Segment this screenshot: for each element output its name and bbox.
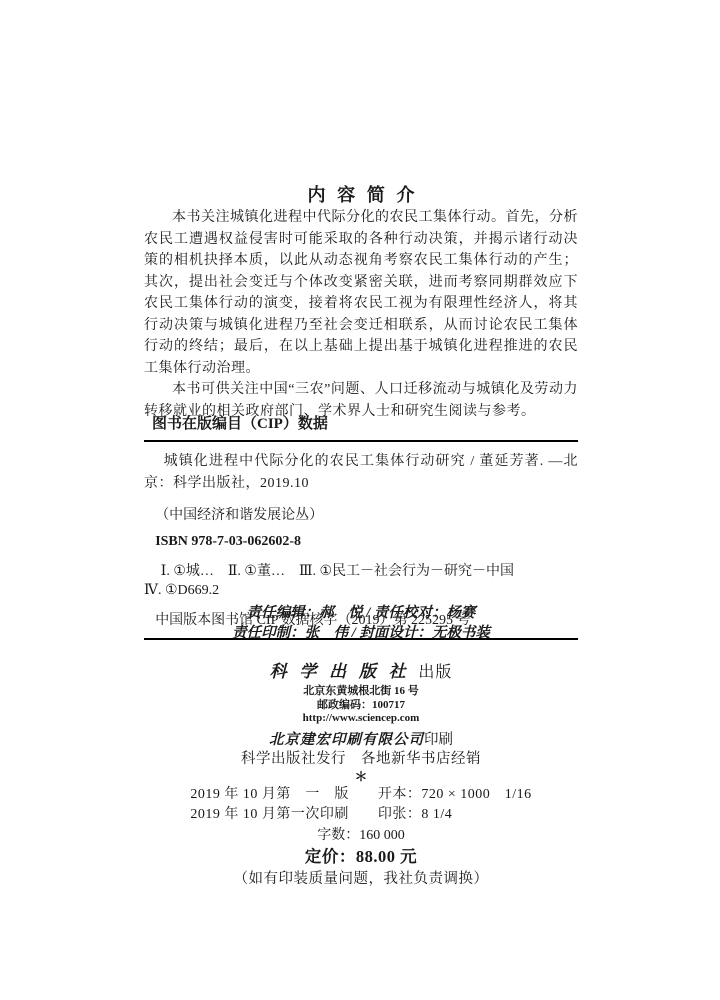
printing-line: 2019 年 10 月第一次印刷 印张：8 1/4 — [190, 805, 531, 826]
cip-series: （中国经济和谐发展论丛） — [144, 504, 578, 524]
abstract-block: 本书关注城镇化进程中代际分化的农民工集体行动。首先，分析农民工遭遇权益侵害时可能… — [144, 207, 578, 422]
staff-credits: 责任编辑：郝 悦 / 责任校对：杨赛 责任印制：张 伟 / 封面设计：无极书装 — [144, 603, 578, 643]
print-label: 印刷 — [424, 732, 453, 748]
asterisk-separator: ＊ — [144, 769, 578, 785]
printer-name: 北京建宏印刷有限公司 — [269, 732, 424, 748]
section-title: 内容简介 — [144, 181, 578, 207]
cip-classification-line1: Ⅰ. ①城… Ⅱ. ①董… Ⅲ. ①民工－社会行为－研究－中国 — [144, 560, 578, 580]
distribution-line: 科学出版社发行 各地新华书店经销 — [144, 750, 578, 769]
copyright-page: 内容简介 本书关注城镇化进程中代际分化的农民工集体行动。首先，分析农民工遭遇权益… — [0, 0, 720, 1000]
colophon-block: 科学出版社出版 北京东黄城根北街 16 号 邮政编码：100717 http:/… — [144, 659, 578, 891]
abstract-paragraph-1: 本书关注城镇化进程中代际分化的农民工集体行动。首先，分析农民工遭遇权益侵害时可能… — [144, 207, 578, 379]
publisher-website: http://www.sciencep.com — [144, 712, 578, 726]
edition-info: 2019 年 10 月第 一 版 开本：720 × 1000 1/16 2019… — [190, 785, 531, 826]
cip-classification-line2: Ⅳ. ①D669.2 — [144, 582, 578, 599]
publisher-line: 科学出版社出版 — [144, 659, 578, 685]
cip-top-rule — [144, 440, 578, 442]
publisher-name: 科学出版社 — [270, 662, 419, 681]
printer-line: 北京建宏印刷有限公司印刷 — [144, 730, 578, 750]
edition-line: 2019 年 10 月第 一 版 开本：720 × 1000 1/16 — [190, 785, 531, 806]
publisher-postcode: 邮政编码：100717 — [144, 699, 578, 713]
page-content: 内容简介 本书关注城镇化进程中代际分化的农民工集体行动。首先，分析农民工遭遇权益… — [144, 0, 578, 1000]
staff-line-editors: 责任编辑：郝 悦 / 责任校对：杨赛 — [144, 603, 578, 623]
cip-heading: 图书在版编目（CIP）数据 — [144, 412, 578, 433]
isbn-number: ISBN 978-7-03-062602-8 — [144, 534, 578, 550]
price: 定价：88.00 元 — [144, 845, 578, 868]
word-count: 字数：160 000 — [144, 826, 578, 845]
publisher-address: 北京东黄城根北街 16 号 — [144, 685, 578, 699]
cip-entry: 城镇化进程中代际分化的农民工集体行动研究 / 董延芳著. —北京：科学出版社，2… — [144, 451, 578, 495]
staff-line-printing: 责任印制：张 伟 / 封面设计：无极书装 — [144, 623, 578, 643]
publish-label: 出版 — [418, 664, 452, 681]
exchange-note: （如有印装质量问题，我社负责调换） — [144, 868, 578, 891]
